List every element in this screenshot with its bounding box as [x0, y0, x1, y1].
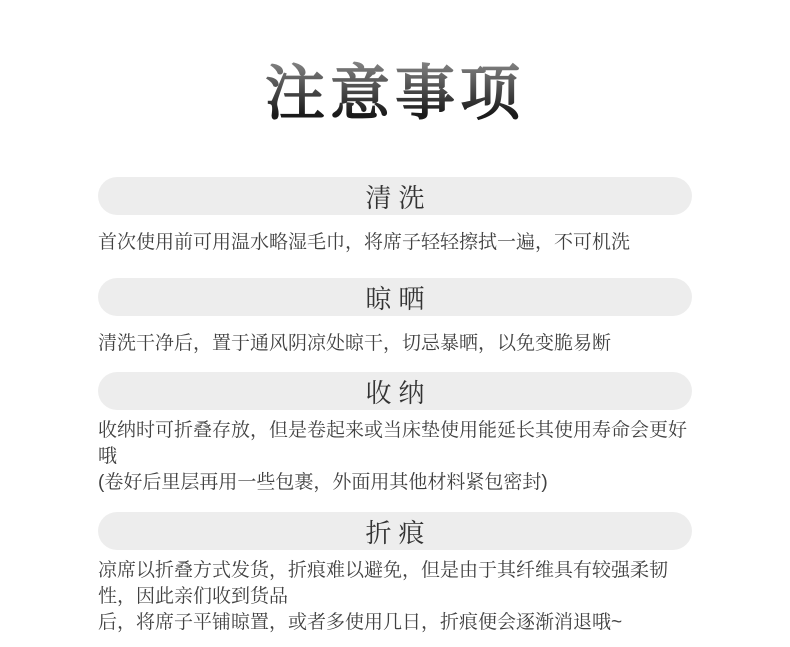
- section-heading: 收纳: [358, 373, 431, 410]
- section-cleaning: 清洗 首次使用前可用温水略湿毛巾，将席子轻轻擦拭一遍，不可机洗: [98, 177, 692, 256]
- section-drying: 晾晒 清洗干净后，置于通风阴凉处晾干，切忌暴晒，以免变脆易断: [98, 278, 692, 357]
- section-body-line: 后，将席子平铺晾置，或者多使用几日，折痕便会逐渐消退哦~: [98, 610, 692, 636]
- section-body: 收纳时可折叠存放，但是卷起来或当床垫使用能延长其使用寿命会更好哦 (卷好后里层再…: [98, 418, 692, 496]
- section-body: 凉席以折叠方式发货，折痕难以避免，但是由于其纤维具有较强柔韧性，因此亲们收到货品…: [98, 558, 692, 636]
- section-header-bar: 收纳: [98, 372, 692, 410]
- section-header-bar: 清洗: [98, 177, 692, 215]
- section-heading: 晾晒: [358, 279, 431, 316]
- section-body-line: 凉席以折叠方式发货，折痕难以避免，但是由于其纤维具有较强柔韧性，因此亲们收到货品: [98, 558, 692, 610]
- section-body-line: (卷好后里层再用一些包裹，外面用其他材料紧包密封): [98, 470, 692, 496]
- section-heading: 折痕: [358, 513, 431, 550]
- section-body-line: 首次使用前可用温水略湿毛巾，将席子轻轻擦拭一遍，不可机洗: [98, 229, 692, 256]
- section-body-line: 收纳时可折叠存放，但是卷起来或当床垫使用能延长其使用寿命会更好哦: [98, 418, 692, 470]
- notice-content: 清洗 首次使用前可用温水略湿毛巾，将席子轻轻擦拭一遍，不可机洗 晾晒 清洗干净后…: [98, 177, 692, 636]
- section-header-bar: 折痕: [98, 512, 692, 550]
- section-body-line: 清洗干净后，置于通风阴凉处晾干，切忌暴晒，以免变脆易断: [98, 330, 692, 357]
- page-title: 注意事项: [0, 58, 790, 130]
- section-creases: 折痕 凉席以折叠方式发货，折痕难以避免，但是由于其纤维具有较强柔韧性，因此亲们收…: [98, 512, 692, 636]
- section-header-bar: 晾晒: [98, 278, 692, 316]
- section-storage: 收纳 收纳时可折叠存放，但是卷起来或当床垫使用能延长其使用寿命会更好哦 (卷好后…: [98, 372, 692, 496]
- section-heading: 清洗: [358, 178, 431, 215]
- notice-page: 注意事项 清洗 首次使用前可用温水略湿毛巾，将席子轻轻擦拭一遍，不可机洗 晾晒 …: [0, 0, 790, 647]
